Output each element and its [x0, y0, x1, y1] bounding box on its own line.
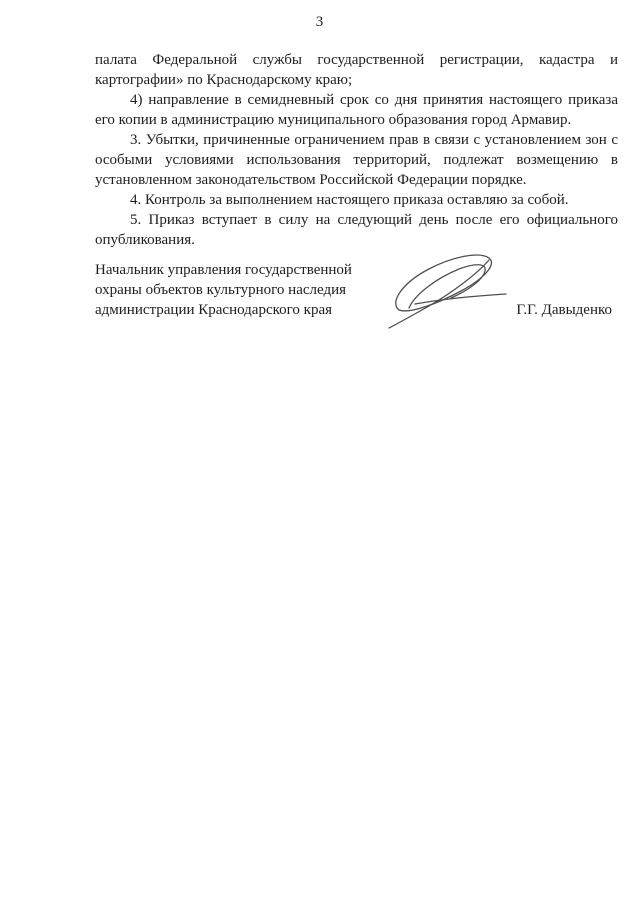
document-page: 3 палата Федеральной службы государствен… [0, 0, 639, 905]
paragraph-clause-4: 4. Контроль за выполнением настоящего пр… [95, 190, 618, 210]
signer-position: Начальник управления государственной охр… [95, 260, 375, 320]
paragraph-clause-3: 3. Убытки, причиненные ограничением прав… [95, 130, 618, 190]
signer-position-line: охраны объектов культурного наследия [95, 280, 375, 300]
document-body: палата Федеральной службы государственно… [95, 50, 618, 250]
paragraph-item-4: 4) направление в семидневный срок со дня… [95, 90, 618, 130]
signer-position-line: Начальник управления государственной [95, 260, 375, 280]
signer-position-line: администрации Краснодарского края [95, 300, 375, 320]
paragraph-clause-5: 5. Приказ вступает в силу на следующий д… [95, 210, 618, 250]
signature-block: Начальник управления государственной охр… [95, 260, 618, 335]
paragraph-continuation: палата Федеральной службы государственно… [95, 50, 618, 90]
signer-name: Г.Г. Давыденко [516, 300, 612, 320]
handwritten-signature-icon [385, 250, 509, 330]
page-number: 3 [0, 12, 639, 32]
